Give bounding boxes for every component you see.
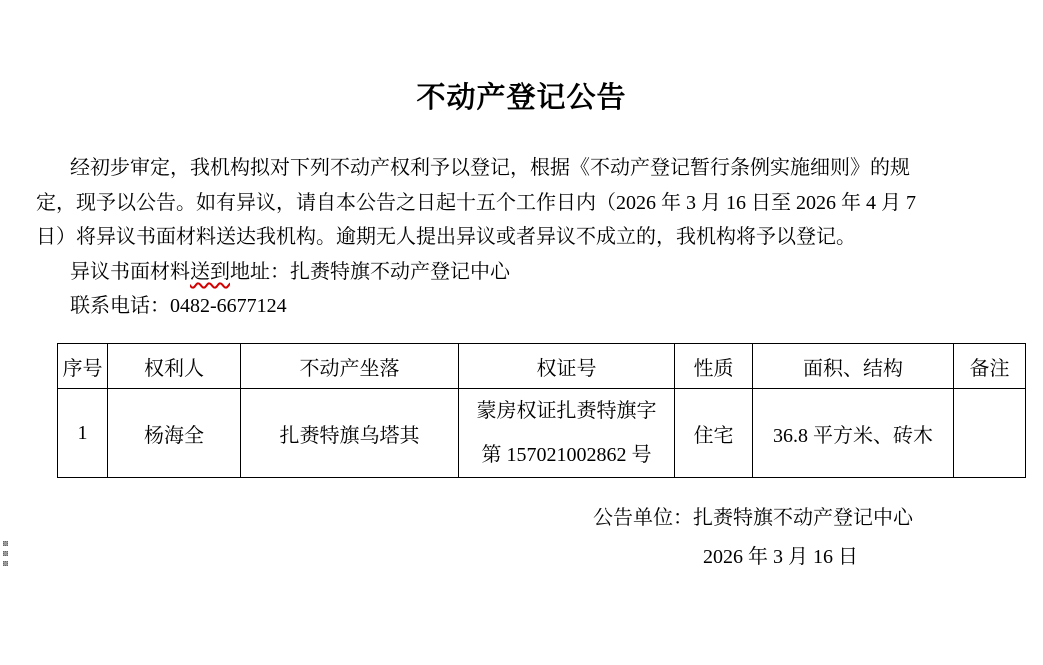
header-remarks: 备注 xyxy=(954,344,1026,389)
document-page: { "page": { "background": "#ffffff", "te… xyxy=(0,0,1043,665)
table-row: 1 杨海全 扎赉特旗乌塔其 蒙房权证扎赉特旗字 第 157021002862 号… xyxy=(58,389,1026,478)
margin-marks xyxy=(3,541,8,566)
cell-nature: 住宅 xyxy=(675,389,753,478)
cell-remarks xyxy=(954,389,1026,478)
header-nature: 性质 xyxy=(675,344,753,389)
cell-location: 扎赉特旗乌塔其 xyxy=(241,389,459,478)
notice-body: 经初步审定，我机构拟对下列不动产权利予以登记，根据《不动产登记暂行条例实施细则》… xyxy=(36,151,1016,324)
margin-mark-icon xyxy=(3,561,8,566)
phone-line: 联系电话：0482-6677124 xyxy=(36,289,1016,324)
address-suffix: 地址：扎赉特旗不动产登记中心 xyxy=(230,261,510,283)
cell-cert-no: 蒙房权证扎赉特旗字 第 157021002862 号 xyxy=(459,389,675,478)
header-cert-no: 权证号 xyxy=(459,344,675,389)
cell-owner: 杨海全 xyxy=(108,389,241,478)
address-prefix: 异议书面材料 xyxy=(70,261,190,283)
address-line: 异议书面材料送到地址：扎赉特旗不动产登记中心 xyxy=(36,255,1016,290)
registration-table: 序号 权利人 不动产坐落 权证号 性质 面积、结构 备注 1 杨海全 扎赉特旗乌… xyxy=(57,343,1026,478)
header-area-structure: 面积、结构 xyxy=(753,344,954,389)
header-location: 不动产坐落 xyxy=(241,344,459,389)
body-line-3: 日）将异议书面材料送达我机构。逾期无人提出异议或者异议不成立的，我机构将予以登记… xyxy=(36,220,1016,255)
header-owner: 权利人 xyxy=(108,344,241,389)
margin-mark-icon xyxy=(3,551,8,556)
cell-seq: 1 xyxy=(58,389,108,478)
cell-area-structure: 36.8 平方米、砖木 xyxy=(753,389,954,478)
announcing-unit-line: 公告单位：扎赉特旗不动产登记中心 xyxy=(593,505,913,532)
address-underlined-text: 送到 xyxy=(190,261,230,283)
header-seq: 序号 xyxy=(58,344,108,389)
announcement-date-line: 2026 年 3 月 16 日 xyxy=(703,544,858,571)
body-line-2: 定，现予以公告。如有异议，请自本公告之日起十五个工作日内（2026 年 3 月 … xyxy=(36,186,1016,221)
body-line-1: 经初步审定，我机构拟对下列不动产权利予以登记，根据《不动产登记暂行条例实施细则》… xyxy=(36,151,1016,186)
table-header-row: 序号 权利人 不动产坐落 权证号 性质 面积、结构 备注 xyxy=(58,344,1026,389)
page-title: 不动产登记公告 xyxy=(0,82,1043,114)
margin-mark-icon xyxy=(3,541,8,546)
